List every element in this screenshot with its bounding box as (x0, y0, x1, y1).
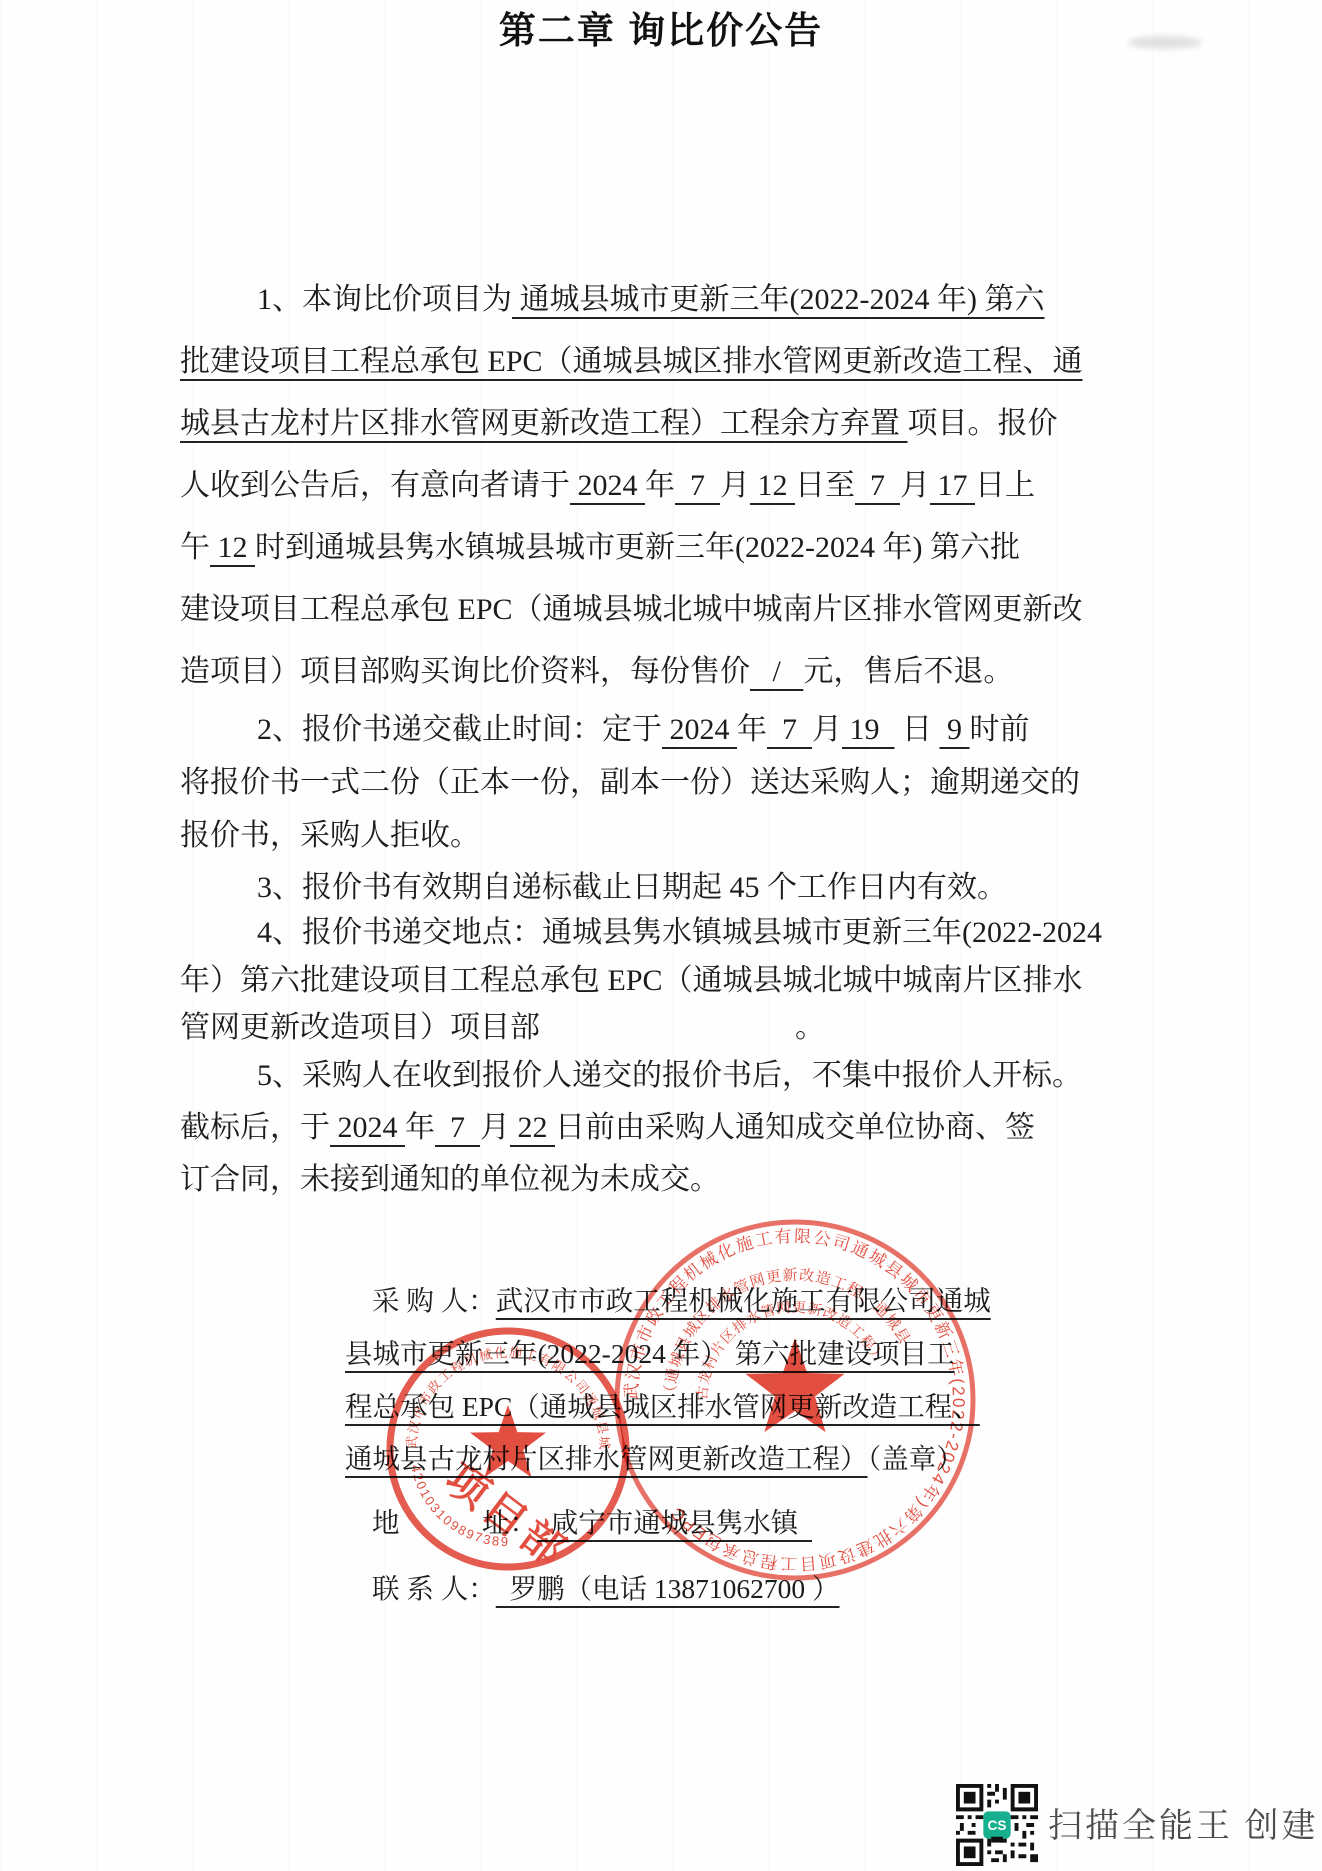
filled-blank: / (750, 655, 803, 688)
body-line: 批建设项目工程总承包 EPC（通城县城区排水管网更新改造工程、通 (180, 341, 1083, 383)
text-segment: 项目。报价 (908, 407, 1058, 440)
text-segment: 年）第六批建设项目工程总承包 EPC（通城县城北城中城南片区排水 (180, 964, 1083, 997)
text-segment: 1、本询比价项目为 (257, 283, 512, 316)
body-line: 3、报价书有效期自递标截止日期起 45 个工作日内有效。 (257, 867, 1007, 909)
body-line: 将报价书一式二份（正本一份，副本一份）送达采购人；逾期递交的 (180, 762, 1080, 804)
text-segment: 日前由采购人通知成交单位协商、签 (555, 1111, 1035, 1144)
text-segment: 人收到公告后，有意向者请于 (180, 469, 570, 502)
red-seal-upper: 武汉市市政工程机械化施工有限公司通城县城市更新三年(2022-2024年)第六批… (600, 1205, 990, 1595)
filled-blank: 7 (767, 713, 812, 746)
text-segment: 管网更新改造项目）项目部 (180, 1011, 540, 1044)
filled-blank: 12 (750, 469, 795, 502)
text-segment: 月 (480, 1111, 510, 1144)
text-segment: 时前 (970, 713, 1030, 746)
text-segment: 3、报价书有效期自递标截止日期起 45 个工作日内有效。 (257, 871, 1007, 904)
filled-blank: 2024 (330, 1111, 405, 1144)
page-title: 第二章 询比价公告 (0, 0, 1322, 54)
text-segment: 年 (737, 713, 767, 746)
text-segment: 年 (405, 1111, 435, 1144)
filled-blank: 7 (435, 1111, 480, 1144)
text-segment: 月 (900, 469, 930, 502)
text-segment: 日至 (795, 469, 855, 502)
body-line: 1、本询比价项目为 通城县城市更新三年(2022-2024 年) 第六 (257, 279, 1044, 321)
filled-blank: 城县古龙村片区排水管网更新改造工程）工程余方弃置 (180, 407, 908, 440)
text-segment: 建设项目工程总承包 EPC（通城县城北城中城南片区排水管网更新改 (180, 593, 1083, 626)
filled-blank: 2024 (662, 713, 737, 746)
text-segment: 年 (645, 469, 675, 502)
filled-blank: 22 (510, 1111, 555, 1144)
star-icon (746, 1338, 845, 1432)
text-segment: 造项目）项目部购买询比价资料，每份售价 (180, 655, 750, 688)
camscanner-badge-label: CS (988, 1818, 1007, 1833)
body-line: 管网更新改造项目）项目部。 (180, 1007, 825, 1049)
camscanner-credit: 扫描全能王 创建 (1048, 1798, 1319, 1847)
body-line: 4、报价书递交地点：通城县隽水镇城县城市更新三年(2022-2024 (257, 912, 1102, 954)
text-segment: 2、报价书递交截止时间：定于 (257, 713, 662, 746)
filled-blank: 19 (842, 713, 895, 746)
filled-blank: 12 (210, 531, 255, 564)
text-segment: 截标后，于 (180, 1111, 330, 1144)
body-line: 2、报价书递交截止时间：定于 2024 年 7 月 19 日 9 时前 (257, 709, 1030, 751)
body-line: 报价书，采购人拒收。 (180, 815, 480, 857)
text-segment: 日 (895, 713, 940, 746)
body-line: 订合同，未接到通知的单位视为未成交。 (180, 1159, 720, 1201)
text-segment: 月 (812, 713, 842, 746)
filled-blank: 9 (940, 713, 970, 746)
filled-blank: 7 (855, 469, 900, 502)
filled-blank: 2024 (570, 469, 645, 502)
body-line: 造项目）项目部购买询比价资料，每份售价 / 元，售后不退。 (180, 651, 1013, 693)
body-line: 城县古龙村片区排水管网更新改造工程）工程余方弃置 项目。报价 (180, 403, 1058, 445)
red-seal-lower: 武汉市市政工程机械化施工有限公司通城县城市更新 420103109897389 … (358, 1299, 658, 1599)
text-segment: 元，售后不退。 (803, 655, 1013, 688)
text-segment: 报价书，采购人拒收。 (180, 819, 480, 852)
svg-text:武汉市市政工程机械化施工有限公司通城县城市更新: 武汉市市政工程机械化施工有限公司通城县城市更新 (358, 1299, 612, 1451)
filled-blank: 通城县城市更新三年(2022-2024 年) 第六 (512, 283, 1044, 316)
text-segment: 4、报价书递交地点：通城县隽水镇城县城市更新三年(2022-2024 (257, 916, 1102, 949)
text-segment: 时到通城县隽水镇城县城市更新三年(2022-2024 年) 第六批 (255, 531, 1020, 564)
body-line: 建设项目工程总承包 EPC（通城县城北城中城南片区排水管网更新改 (180, 589, 1083, 631)
body-line: 午 12 时到通城县隽水镇城县城市更新三年(2022-2024 年) 第六批 (180, 527, 1020, 569)
text-segment: 。 (795, 1011, 825, 1044)
text-segment: 月 (720, 469, 750, 502)
body-line: 人收到公告后，有意向者请于 2024 年 7 月 12 日至 7 月 17 日上 (180, 465, 1035, 507)
text-segment: 午 (180, 531, 210, 564)
seal-ring-text: 武汉市市政工程机械化施工有限公司通城县城市更新 (358, 1299, 612, 1451)
filled-blank: 批建设项目工程总承包 EPC（通城县城区排水管网更新改造工程、通 (180, 345, 1083, 378)
scanned-document-page: 第二章 询比价公告 1、本询比价项目为 通城县城市更新三年(2022-2024 … (0, 0, 1322, 1871)
filled-blank: 17 (930, 469, 975, 502)
body-line: 截标后，于 2024 年 7 月 22 日前由采购人通知成交单位协商、签 (180, 1107, 1035, 1149)
text-segment: 订合同，未接到通知的单位视为未成交。 (180, 1163, 720, 1196)
text-segment: 5、采购人在收到报价人递交的报价书后，不集中报价人开标。 (257, 1059, 1082, 1092)
body-line: 5、采购人在收到报价人递交的报价书后，不集中报价人开标。 (257, 1055, 1082, 1097)
qr-code: CS (956, 1784, 1038, 1866)
camscanner-badge-tab (991, 1837, 1003, 1843)
text-segment: 日上 (975, 469, 1035, 502)
text-segment: 将报价书一式二份（正本一份，副本一份）送达采购人；逾期递交的 (180, 766, 1080, 799)
filled-blank: 7 (675, 469, 720, 502)
body-line: 年）第六批建设项目工程总承包 EPC（通城县城北城中城南片区排水 (180, 960, 1083, 1002)
